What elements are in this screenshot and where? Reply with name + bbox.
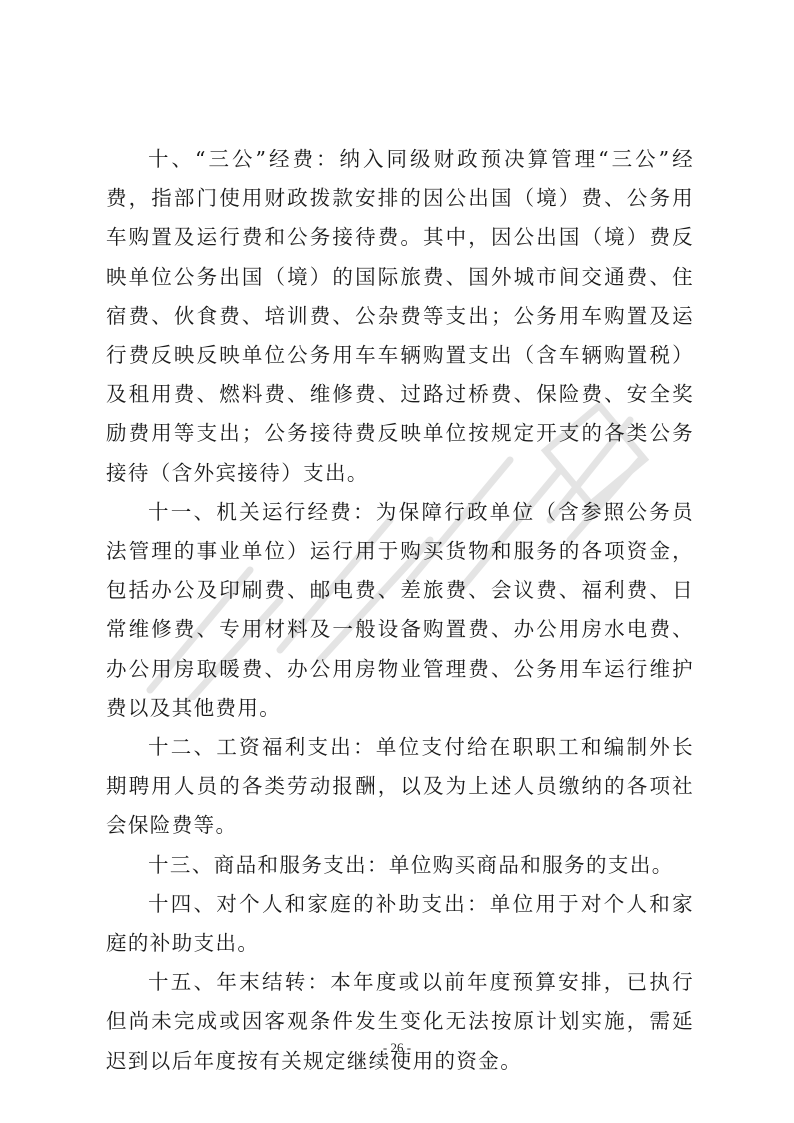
paragraph-year-end-carryover: 十五、年末结转：本年度或以前年度预算安排，已执行但尚未完成或因客观条件发生变化无… bbox=[106, 963, 694, 1081]
document-page: 十、“三公”经费：纳入同级财政预决算管理“三公”经费，指部门使用财政拨款安排的因… bbox=[0, 0, 794, 1123]
paragraph-individual-household-subsidy: 十四、对个人和家庭的补助支出：单位用于对个人和家庭的补助支出。 bbox=[106, 885, 694, 963]
paragraph-salary-welfare-expenditure: 十二、工资福利支出：单位支付给在职职工和编制外长期聘用人员的各类劳动报酬，以及为… bbox=[106, 728, 694, 846]
paragraph-agency-operating-expenses: 十一、机关运行经费：为保障行政单位（含参照公务员法管理的事业单位）运行用于购买货… bbox=[106, 493, 694, 728]
paragraph-goods-services-expenditure: 十三、商品和服务支出：单位购买商品和服务的支出。 bbox=[106, 846, 694, 885]
paragraph-sangong-expenses: 十、“三公”经费：纳入同级财政预决算管理“三公”经费，指部门使用财政拨款安排的因… bbox=[106, 140, 694, 493]
document-body: 十、“三公”经费：纳入同级财政预决算管理“三公”经费，指部门使用财政拨款安排的因… bbox=[106, 140, 694, 1081]
